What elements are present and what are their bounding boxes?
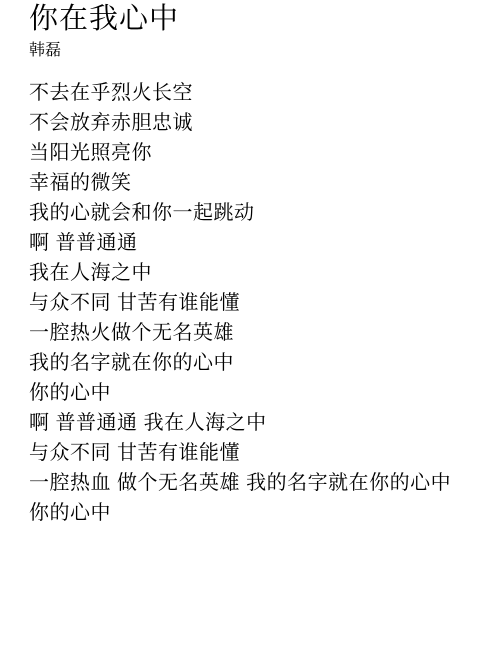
song-title: 你在我心中	[29, 1, 480, 37]
lyrics-page: 你在我心中 韩磊 不去在乎烈火长空不会放弃赤胆忠诚当阳光照亮你幸福的微笑我的心就…	[0, 0, 500, 670]
lyric-line: 幸福的微笑	[29, 168, 480, 198]
artist-name: 韩磊	[29, 41, 480, 61]
lyric-line: 与众不同 甘苦有谁能懂	[29, 438, 480, 468]
lyrics-body: 不去在乎烈火长空不会放弃赤胆忠诚当阳光照亮你幸福的微笑我的心就会和你一起跳动啊 …	[29, 78, 480, 528]
lyric-line: 你的心中	[29, 378, 480, 408]
lyric-line: 啊 普普通通 我在人海之中	[29, 408, 480, 438]
lyric-line: 一腔热血 做个无名英雄 我的名字就在你的心中	[29, 468, 480, 498]
lyric-line: 我的名字就在你的心中	[29, 348, 480, 378]
lyric-line: 你的心中	[29, 498, 480, 528]
lyric-line: 我的心就会和你一起跳动	[29, 198, 480, 228]
lyric-line: 与众不同 甘苦有谁能懂	[29, 288, 480, 318]
lyric-line: 不会放弃赤胆忠诚	[29, 108, 480, 138]
lyric-line: 啊 普普通通	[29, 228, 480, 258]
lyric-line: 不去在乎烈火长空	[29, 78, 480, 108]
lyric-line: 当阳光照亮你	[29, 138, 480, 168]
lyric-line: 我在人海之中	[29, 258, 480, 288]
lyric-line: 一腔热火做个无名英雄	[29, 318, 480, 348]
